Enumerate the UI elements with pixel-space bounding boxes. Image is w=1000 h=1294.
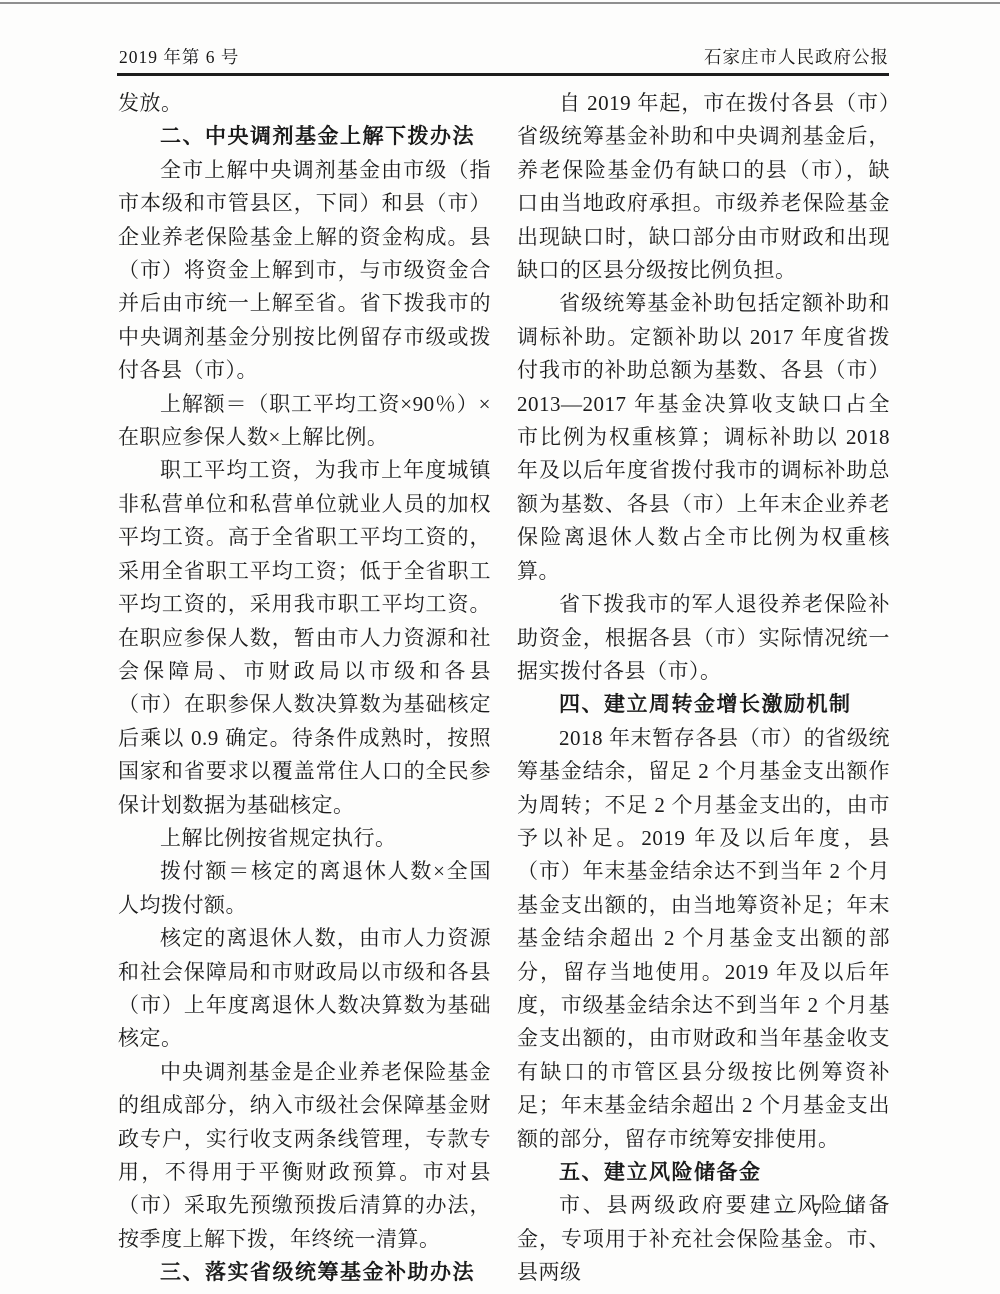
paragraph: 自 2019 年起，市在拨付各县（市）省级统筹基金补助和中央调剂基金后，养老保险… xyxy=(517,87,890,287)
page-number: — 7 — xyxy=(750,1200,890,1222)
page-top-edge-rule xyxy=(0,2,1000,4)
gazette-page: 2019 年第 6 号 石家庄市人民政府公报 发放。二、中央调剂基金上解下拨办法… xyxy=(0,0,1000,1294)
paragraph: 省级统筹基金补助包括定额补助和调标补助。定额补助以 2017 年度省拨付我市的补… xyxy=(517,287,890,588)
body-columns: 发放。二、中央调剂基金上解下拨办法全市上解中央调剂基金由市级（指市本级和市管县区… xyxy=(118,87,890,1290)
paragraph: 核定的离退休人数，由市人力资源和社会保障局和市财政局以市级和各县（市）上年度离退… xyxy=(118,922,491,1056)
paragraph: 2018 年末暂存各县（市）的省级统筹基金结余，留足 2 个月基金支出额作为周转… xyxy=(517,722,890,1156)
section-heading: 三、落实省级统筹基金补助办法 xyxy=(118,1256,491,1289)
left-column: 发放。二、中央调剂基金上解下拨办法全市上解中央调剂基金由市级（指市本级和市管县区… xyxy=(118,87,491,1290)
header-rule xyxy=(117,73,889,76)
paragraph: 中央调剂基金是企业养老保险基金的组成部分，纳入市级社会保障基金财政专户，实行收支… xyxy=(118,1056,491,1256)
paragraph: 上解额＝（职工平均工资×90％）×在职应参保人数×上解比例。 xyxy=(118,388,491,455)
right-column: 自 2019 年起，市在拨付各县（市）省级统筹基金补助和中央调剂基金后，养老保险… xyxy=(517,87,890,1290)
gazette-title: 石家庄市人民政府公报 xyxy=(704,44,889,69)
section-heading: 五、建立风险储备金 xyxy=(517,1156,890,1189)
paragraph: 省下拨我市的军人退役养老保险补助资金，根据各县（市）实际情况统一据实拨付各县（市… xyxy=(517,588,890,688)
section-heading: 二、中央调剂基金上解下拨办法 xyxy=(118,120,491,153)
paragraph: 职工平均工资，为我市上年度城镇非私营单位和私营单位就业人员的加权平均工资。高于全… xyxy=(118,454,491,821)
section-heading: 四、建立周转金增长激励机制 xyxy=(517,688,890,721)
paragraph: 拨付额＝核定的离退休人数×全国人均拨付额。 xyxy=(118,855,491,922)
paragraph: 全市上解中央调剂基金由市级（指市本级和市管县区，下同）和县（市）企业养老保险基金… xyxy=(118,154,491,388)
paragraph: 上解比例按省规定执行。 xyxy=(118,822,491,855)
paragraph: 发放。 xyxy=(118,87,491,120)
running-header: 2019 年第 6 号 石家庄市人民政府公报 xyxy=(119,44,889,69)
issue-number-label: 2019 年第 6 号 xyxy=(119,44,239,69)
